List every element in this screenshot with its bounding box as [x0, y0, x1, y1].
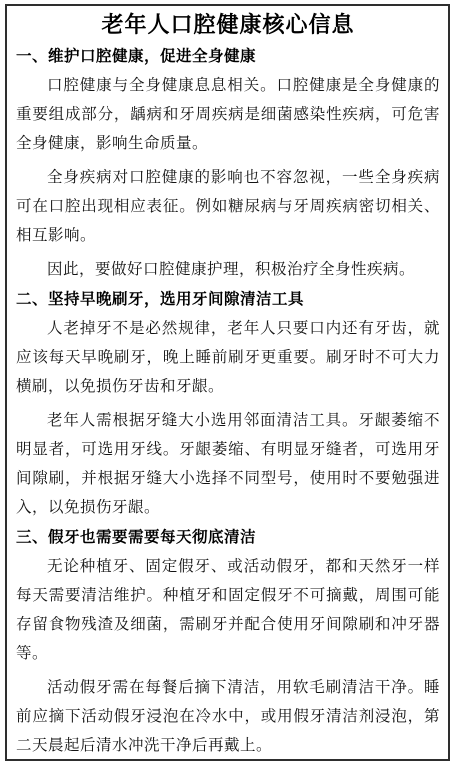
document-border-frame: 老年人口腔健康核心信息 一、维护口腔健康，促进全身健康 口腔健康与全身健康息息相…: [5, 4, 450, 761]
section-1-paragraph-2: 全身疾病对口腔健康的影响也不容忽视，一些全身疾病可在口腔出现相应表征。例如糖尿病…: [16, 163, 440, 250]
section-2-heading: 二、坚持早晚刷牙，选用牙间隙清洁工具: [16, 289, 440, 310]
section-1-paragraph-3: 因此，要做好口腔健康护理，积极治疗全身性疾病。: [16, 255, 440, 284]
section-1-heading: 一、维护口腔健康，促进全身健康: [16, 46, 440, 67]
section-denture-cleaning: 三、假牙也需要需要每天彻底清洁 无论种植牙、固定假牙、或活动假牙，都和天然牙一样…: [16, 527, 440, 760]
section-3-heading: 三、假牙也需要需要每天彻底清洁: [16, 527, 440, 548]
document-page: 老年人口腔健康核心信息 一、维护口腔健康，促进全身健康 口腔健康与全身健康息息相…: [0, 0, 455, 767]
section-brushing-interdental-tools: 二、坚持早晚刷牙，选用牙间隙清洁工具 人老掉牙不是必然规律，老年人只要口内还有牙…: [16, 289, 440, 522]
section-2-paragraph-2: 老年人需根据牙缝大小选用邻面清洁工具。牙龈萎缩不明显者，可选用牙线。牙龈萎缩、有…: [16, 406, 440, 522]
section-3-paragraph-2: 活动假牙需在每餐后摘下清洁，用软毛刷清洁干净。睡前应摘下活动假牙浸泡在冷水中，或…: [16, 673, 440, 760]
section-3-paragraph-1: 无论种植牙、固定假牙、或活动假牙，都和天然牙一样每天需要清洁维护。种植牙和固定假…: [16, 552, 440, 668]
document-title: 老年人口腔健康核心信息: [16, 11, 440, 39]
section-2-paragraph-1: 人老掉牙不是必然规律，老年人只要口内还有牙齿，就应该每天早晚刷牙，晚上睡前刷牙更…: [16, 314, 440, 401]
section-oral-general-health: 一、维护口腔健康，促进全身健康 口腔健康与全身健康息息相关。口腔健康是全身健康的…: [16, 46, 440, 284]
section-1-paragraph-1: 口腔健康与全身健康息息相关。口腔健康是全身健康的重要组成部分，龋病和牙周疾病是细…: [16, 71, 440, 158]
